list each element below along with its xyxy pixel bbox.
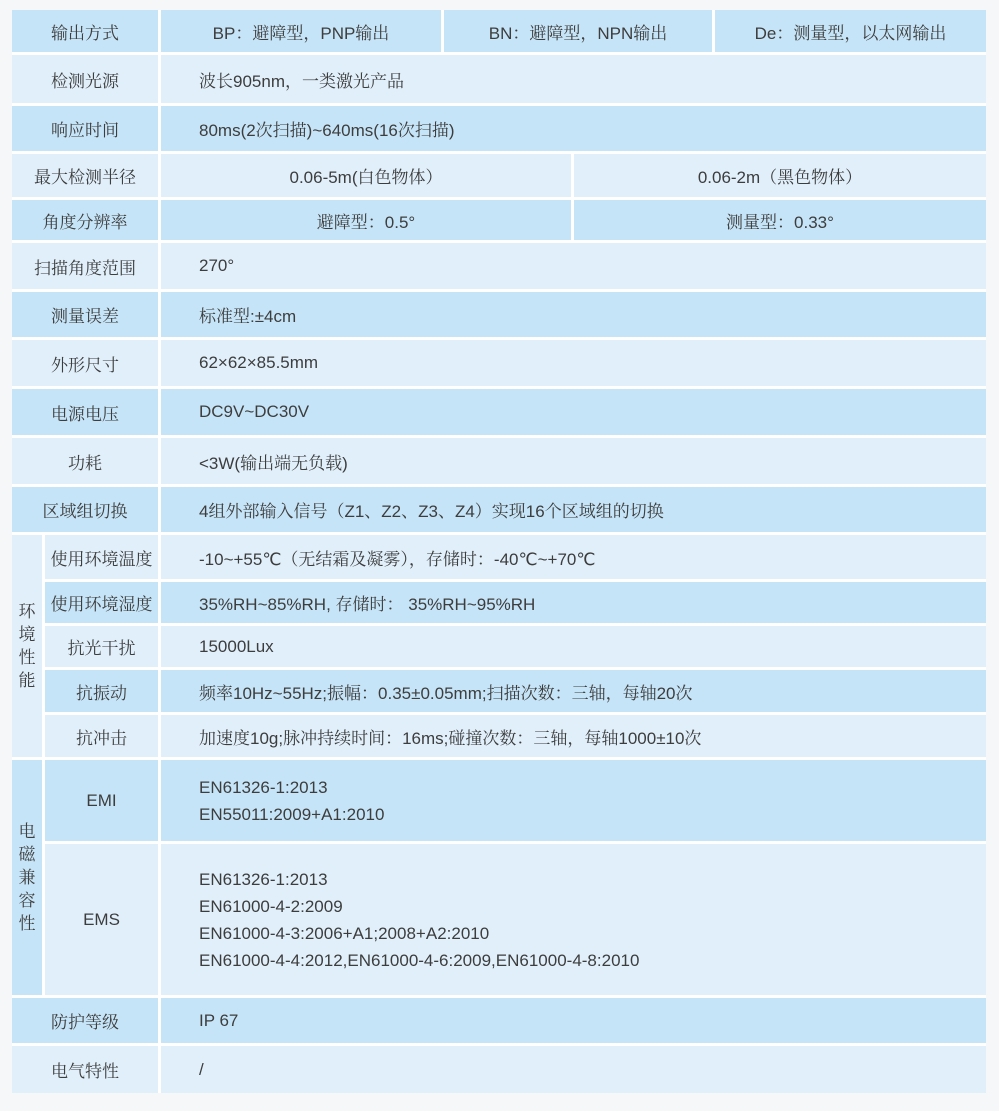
row-label: 响应时间 — [12, 106, 158, 151]
row-value: BP：避障型，PNP输出 — [161, 10, 441, 52]
row-label: 扫描角度范围 — [12, 243, 158, 289]
spec-row-light-interference-resistance: 抗光干扰 15000Lux — [45, 626, 986, 667]
row-value: 0.06-2m（黑色物体） — [574, 154, 986, 197]
spec-row-light-source: 检测光源 波长905nm，一类激光产品 — [12, 55, 986, 103]
row-label: 使用环境温度 — [45, 535, 158, 579]
row-label: 最大检测半径 — [12, 154, 158, 197]
value-line: EN61326-1:2013 — [199, 774, 986, 801]
spec-row-angle-resolution: 角度分辨率 避障型：0.5° 测量型：0.33° — [12, 200, 986, 240]
row-value: / — [161, 1046, 986, 1093]
row-label: 功耗 — [12, 438, 158, 484]
row-label: 测量误差 — [12, 292, 158, 337]
row-label: 抗光干扰 — [45, 626, 158, 667]
row-value: 0.06-5m(白色物体） — [161, 154, 571, 197]
spec-row-response-time: 响应时间 80ms(2次扫描)~640ms(16次扫描) — [12, 106, 986, 151]
spec-row-shock-resistance: 抗冲击 加速度10g;脉冲持续时间：16ms;碰撞次数：三轴，每轴1000±10… — [45, 715, 986, 757]
row-label: 区域组切换 — [12, 487, 158, 532]
row-value: 62×62×85.5mm — [161, 340, 986, 386]
row-value: 35%RH~85%RH, 存储时： 35%RH~95%RH — [161, 582, 986, 623]
spec-row-max-detection-radius: 最大检测半径 0.06-5m(白色物体） 0.06-2m（黑色物体） — [12, 154, 986, 197]
emc-group-label: 电磁兼容性 — [12, 760, 42, 995]
value-line: EN61000-4-4:2012,EN61000-4-6:2009,EN6100… — [199, 947, 986, 974]
spec-row-scan-angle-range: 扫描角度范围 270° — [12, 243, 986, 289]
spec-row-ambient-humidity: 使用环境湿度 35%RH~85%RH, 存储时： 35%RH~95%RH — [45, 582, 986, 623]
row-value: 270° — [161, 243, 986, 289]
env-performance-group-label: 环境性能 — [12, 535, 42, 757]
row-label: 使用环境湿度 — [45, 582, 158, 623]
row-label: 防护等级 — [12, 998, 158, 1043]
spec-row-ambient-temperature: 使用环境温度 -10~+55℃（无结霜及凝雾），存储时：-40℃~+70℃ — [45, 535, 986, 579]
row-label: 角度分辨率 — [12, 200, 158, 240]
spec-row-supply-voltage: 电源电压 DC9V~DC30V — [12, 389, 986, 435]
row-label: 抗振动 — [45, 670, 158, 712]
value-line: EN61000-4-3:2006+A1;2008+A2:2010 — [199, 920, 986, 947]
row-label: 抗冲击 — [45, 715, 158, 757]
row-label: 电源电压 — [12, 389, 158, 435]
row-value: 4组外部输入信号（Z1、Z2、Z3、Z4）实现16个区域组的切换 — [161, 487, 986, 532]
row-value: -10~+55℃（无结霜及凝雾），存储时：-40℃~+70℃ — [161, 535, 986, 579]
spec-row-output-mode: 输出方式 BP：避障型，PNP输出 BN：避障型，NPN输出 De：测量型，以太… — [12, 10, 986, 52]
env-performance-section: 环境性能 使用环境温度 -10~+55℃（无结霜及凝雾），存储时：-40℃~+7… — [12, 535, 986, 757]
spec-row-electrical-characteristics: 电气特性 / — [12, 1046, 986, 1093]
row-value: 波长905nm，一类激光产品 — [161, 55, 986, 103]
row-label: 电气特性 — [12, 1046, 158, 1093]
group-label-text: 环境性能 — [18, 600, 37, 692]
row-value: De：测量型，以太网输出 — [715, 10, 986, 52]
row-label: 输出方式 — [12, 10, 158, 52]
spec-row-emi: EMI EN61326-1:2013 EN55011:2009+A1:2010 — [45, 760, 986, 841]
row-value: <3W(输出端无负载) — [161, 438, 986, 484]
row-label: EMI — [45, 760, 158, 841]
value-line: EN55011:2009+A1:2010 — [199, 801, 986, 828]
spec-row-dimensions: 外形尺寸 62×62×85.5mm — [12, 340, 986, 386]
spec-row-power-consumption: 功耗 <3W(输出端无负载) — [12, 438, 986, 484]
spec-row-vibration-resistance: 抗振动 频率10Hz~55Hz;振幅：0.35±0.05mm;扫描次数：三轴，每… — [45, 670, 986, 712]
row-value: 标准型:±4cm — [161, 292, 986, 337]
spec-row-measurement-error: 测量误差 标准型:±4cm — [12, 292, 986, 337]
spec-row-zone-group-switching: 区域组切换 4组外部输入信号（Z1、Z2、Z3、Z4）实现16个区域组的切换 — [12, 487, 986, 532]
value-line: EN61326-1:2013 — [199, 866, 986, 893]
emc-section: 电磁兼容性 EMI EN61326-1:2013 EN55011:2009+A1… — [12, 760, 986, 995]
value-line: EN61000-4-2:2009 — [199, 893, 986, 920]
row-value: 80ms(2次扫描)~640ms(16次扫描) — [161, 106, 986, 151]
spec-row-ems: EMS EN61326-1:2013 EN61000-4-2:2009 EN61… — [45, 844, 986, 995]
row-label: EMS — [45, 844, 158, 995]
row-value: IP 67 — [161, 998, 986, 1043]
group-label-text: 电磁兼容性 — [18, 820, 37, 935]
row-value: 避障型：0.5° — [161, 200, 571, 240]
row-value: 加速度10g;脉冲持续时间：16ms;碰撞次数：三轴，每轴1000±10次 — [161, 715, 986, 757]
spec-table: 输出方式 BP：避障型，PNP输出 BN：避障型，NPN输出 De：测量型，以太… — [12, 10, 986, 1093]
spec-row-protection-rating: 防护等级 IP 67 — [12, 998, 986, 1043]
row-value: 15000Lux — [161, 626, 986, 667]
row-value: 频率10Hz~55Hz;振幅：0.35±0.05mm;扫描次数：三轴，每轴20次 — [161, 670, 986, 712]
row-label: 外形尺寸 — [12, 340, 158, 386]
row-value: DC9V~DC30V — [161, 389, 986, 435]
row-value: EN61326-1:2013 EN61000-4-2:2009 EN61000-… — [161, 844, 986, 995]
row-value: BN：避障型，NPN输出 — [444, 10, 712, 52]
row-label: 检测光源 — [12, 55, 158, 103]
row-value: EN61326-1:2013 EN55011:2009+A1:2010 — [161, 760, 986, 841]
row-value: 测量型：0.33° — [574, 200, 986, 240]
